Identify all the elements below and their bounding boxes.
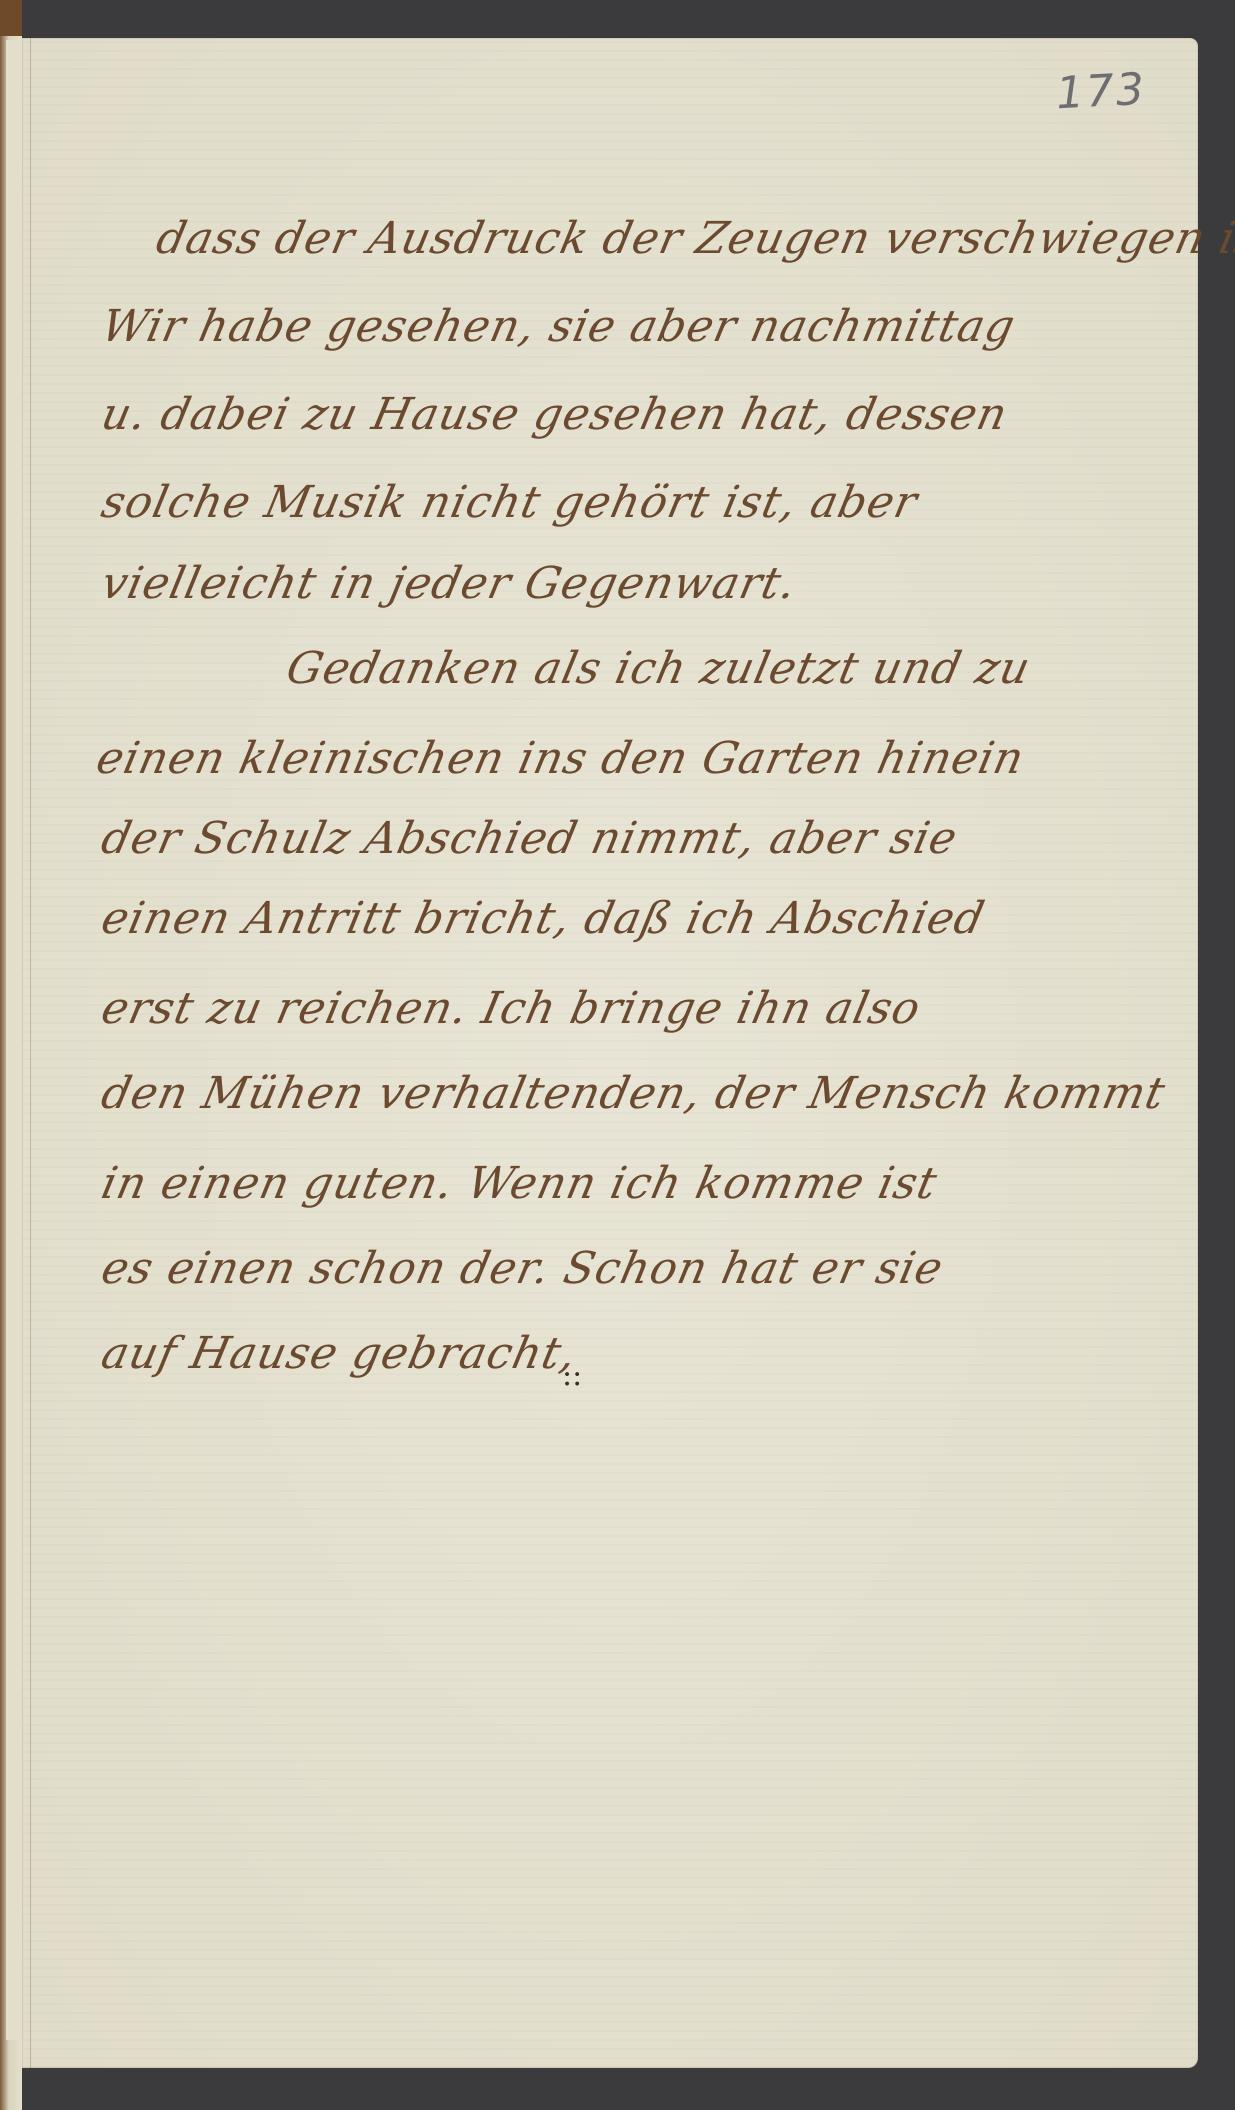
handwritten-line: in einen guten. Wenn ich komme ist: [97, 1158, 942, 1209]
handwritten-line: solche Musik nicht gehört ist, aber: [97, 477, 922, 528]
page-number: 173: [1055, 64, 1148, 120]
handwritten-line: den Mühen verhaltenden, der Mensch kommt: [97, 1068, 1170, 1119]
handwritten-line: erst zu reichen. Ich bringe ihn also: [97, 983, 925, 1034]
handwritten-line: u. dabei zu Hause gesehen hat, dessen: [97, 389, 1012, 440]
page-fold-line: [30, 38, 31, 2068]
handwritten-line: vielleicht in jeder Gegenwart.: [97, 558, 801, 609]
handwritten-line: es einen schon der. Schon hat er sie: [97, 1243, 948, 1294]
manuscript-page: 173 dass der Ausdruck der Zeugen verschw…: [22, 38, 1198, 2068]
handwritten-line: einen Antritt bricht, daß ich Abschied: [97, 893, 989, 944]
handwritten-line: dass der Ausdruck der Zeugen verschwiege…: [152, 213, 1235, 264]
handwritten-line: Gedanken als ich zuletzt und zu: [282, 643, 1035, 694]
handwritten-line: auf Hause gebracht,: [97, 1328, 582, 1379]
binding-cover-edge: [0, 0, 22, 36]
handwritten-line: Wir habe gesehen, sie aber nachmittag: [97, 301, 1020, 352]
end-mark: ::: [562, 1358, 582, 1393]
handwritten-line: der Schulz Abschied nimmt, aber sie: [97, 813, 962, 864]
handwritten-line: einen kleinischen ins den Garten hinein: [92, 733, 1029, 784]
